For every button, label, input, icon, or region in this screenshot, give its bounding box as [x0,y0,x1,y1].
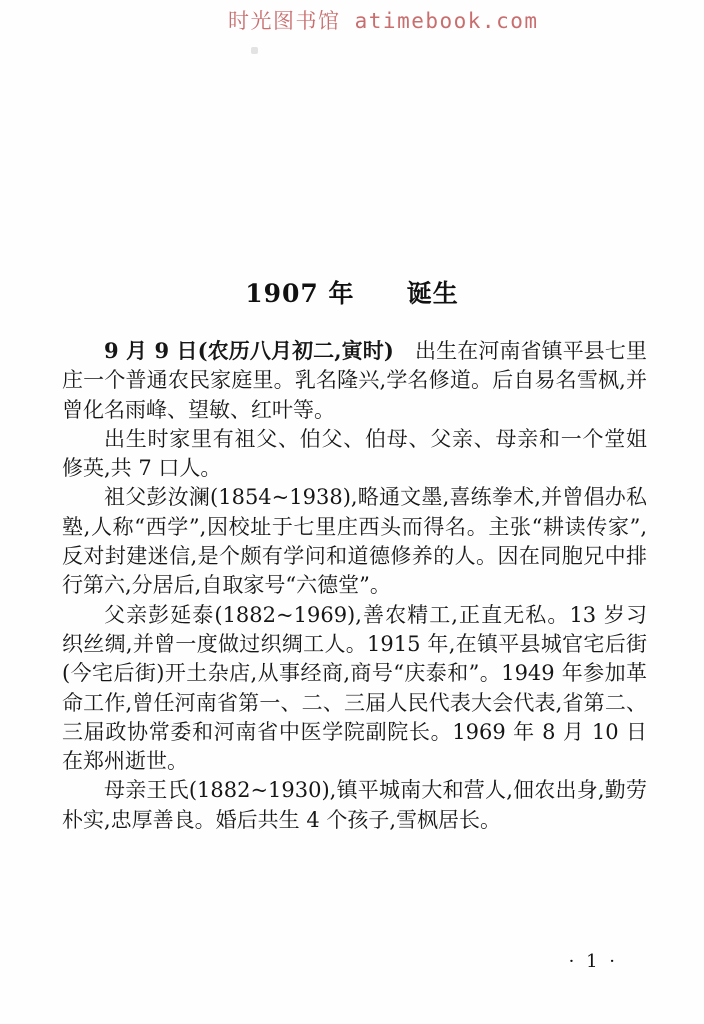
body-text: 9 月 9 日(农历八月初二,寅时) 出生在河南省镇平县七里庄一个普通农民家庭里… [62,336,647,835]
book-page: 时光图书馆 atimebook.com 1907 年 诞生 9 月 9 日(农历… [0,0,704,1024]
paragraph-segment: 出生时家里有祖父、伯父、伯母、父亲、母亲和一个堂姐修英,共 7 口人。 [62,427,647,480]
page-number: · 1 · [569,951,618,972]
scan-speck [251,47,258,54]
paragraph: 祖父彭汝澜(1854~1938),略通文墨,喜练拳术,并曾倡办私塾,人称“西学”… [62,483,647,600]
chapter-name: 诞生 [407,279,459,308]
paragraph-segment: 父亲彭延泰(1882~1969),善农精工,正直无私。13 岁习织丝绸,并曾一度… [62,603,647,773]
watermark-text: 时光图书馆 atimebook.com [228,5,539,35]
paragraph: 父亲彭延泰(1882~1969),善农精工,正直无私。13 岁习织丝绸,并曾一度… [62,601,647,777]
paragraph: 出生时家里有祖父、伯父、伯母、父亲、母亲和一个堂姐修英,共 7 口人。 [62,425,647,484]
paragraph: 母亲王氏(1882~1930),镇平城南大和营人,佃农出身,勤劳朴实,忠厚善良。… [62,776,647,835]
paragraph: 9 月 9 日(农历八月初二,寅时) 出生在河南省镇平县七里庄一个普通农民家庭里… [62,336,647,425]
paragraph-segment: 母亲王氏(1882~1930),镇平城南大和营人,佃农出身,勤劳朴实,忠厚善良。… [62,778,647,831]
chapter-year: 1907 年 [245,279,354,308]
paragraph-segment-bold: 9 月 9 日(农历八月初二,寅时) [104,338,394,363]
paragraph-segment: 祖父彭汝澜(1854~1938),略通文墨,喜练拳术,并曾倡办私塾,人称“西学”… [62,485,647,597]
chapter-title: 1907 年 诞生 [0,274,704,310]
